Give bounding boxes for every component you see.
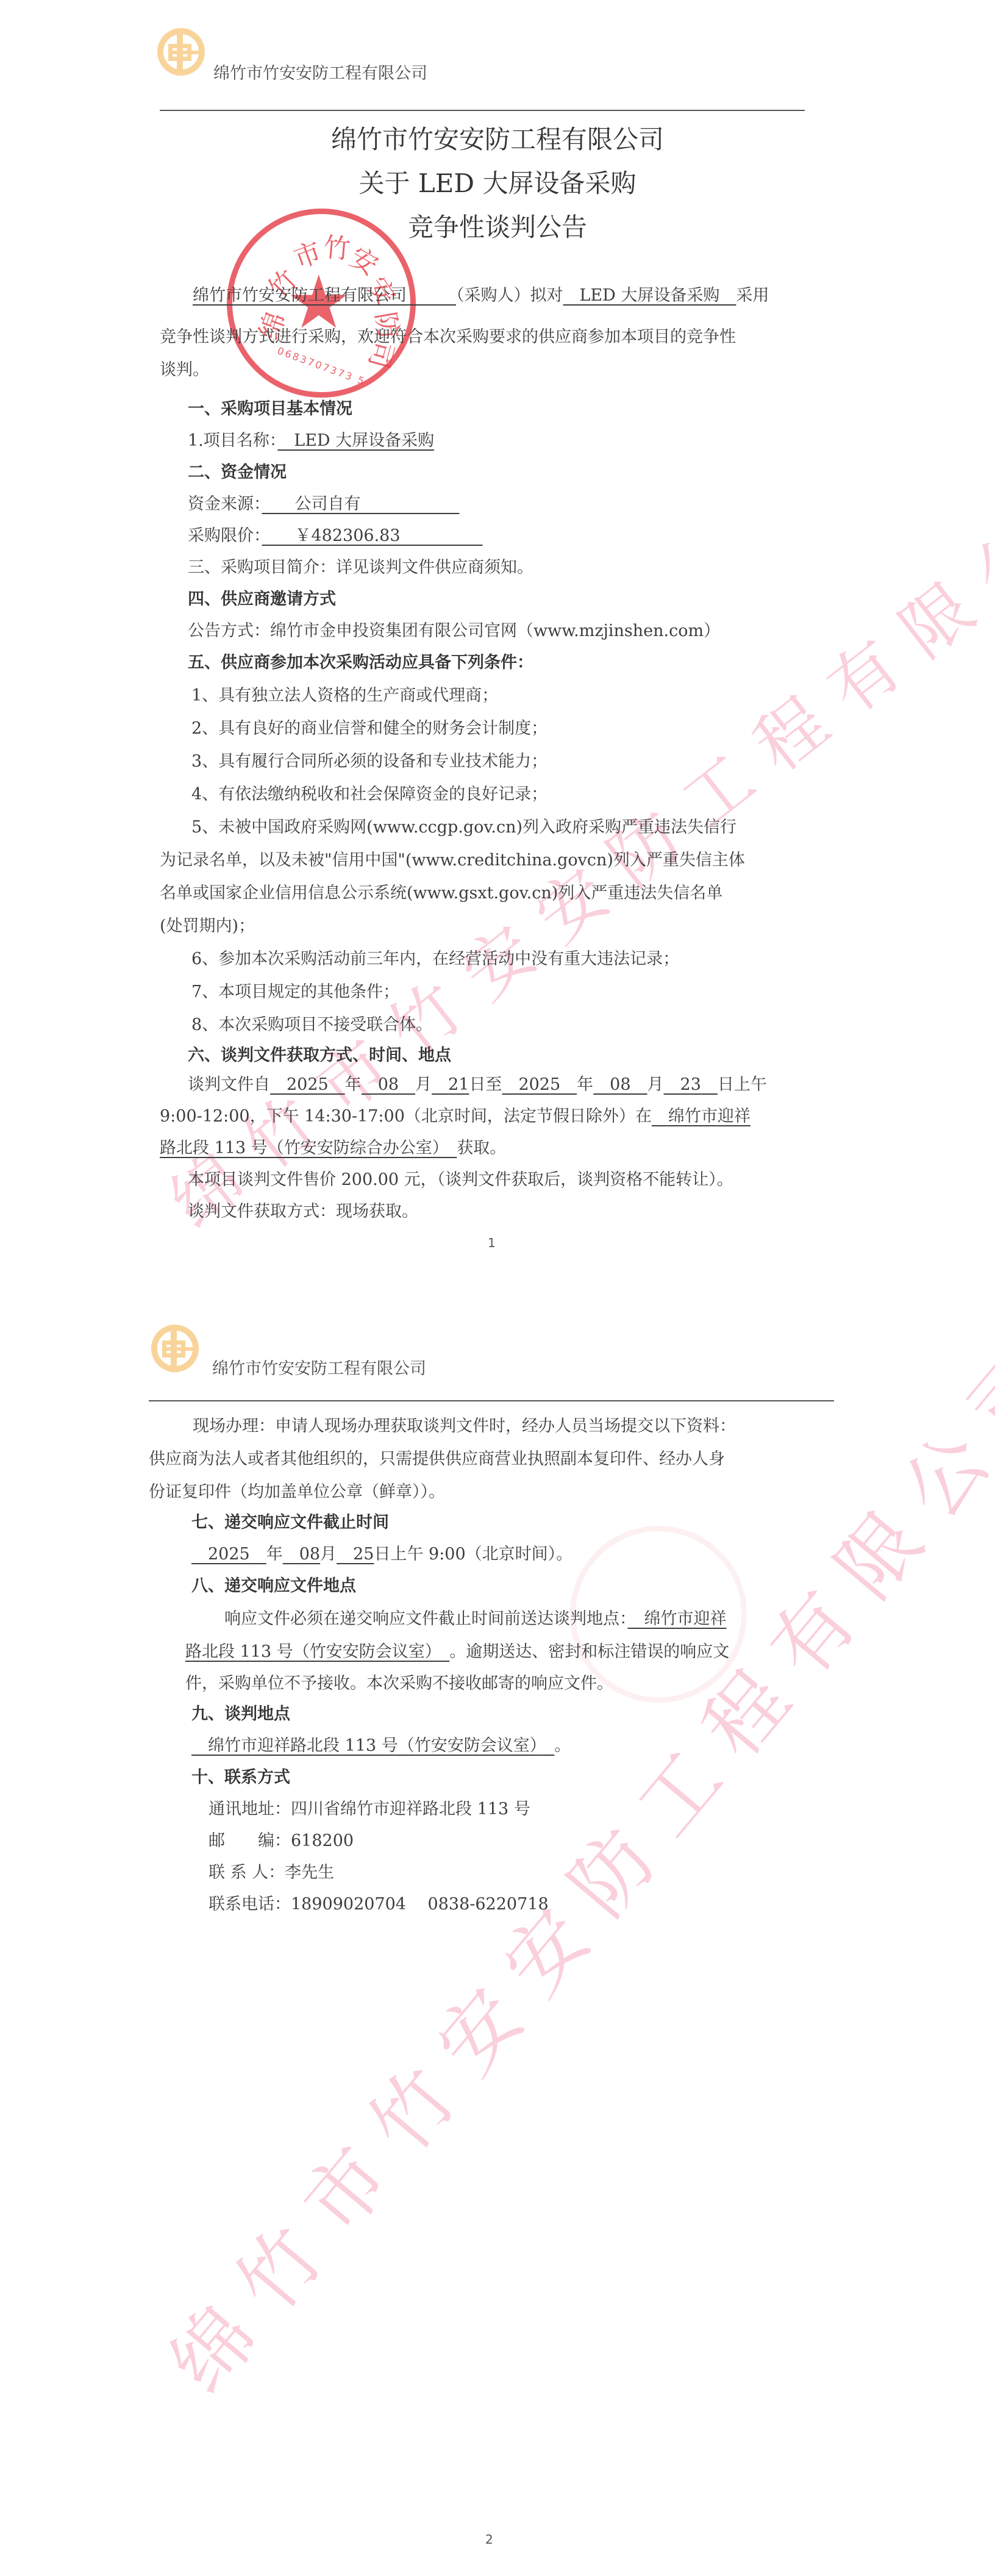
section-4-heading: 四、供应商邀请方式 [188, 585, 336, 609]
letterhead-company-name: 绵竹市竹安安防工程有限公司 [212, 1355, 426, 1379]
obtain-method: 谈判文件获取方式：现场获取。 [188, 1198, 418, 1222]
purchaser-name: 绵竹市竹安安防工程有限公司 [193, 286, 407, 305]
contact-address: 通讯地址：四川省绵竹市迎祥路北段 113 号 [209, 1795, 530, 1819]
contact-person: 联 系 人：李先生 [209, 1859, 334, 1883]
intro-line-1: 绵竹市竹安安防工程有限公司 （采购人）拟对 LED 大屏设备采购 采用 [193, 282, 769, 306]
section-6-heading: 六、谈判文件获取方式、时间、地点 [188, 1042, 451, 1065]
contact-postcode: 邮 编：618200 [209, 1827, 354, 1851]
page-2: 绵竹市竹安安防工程有限公司 绵竹市竹安安防工程有限公司 现场办理：申请人现场办理… [0, 1288, 995, 2576]
condition-item: 4、有依法缴纳税收和社会保障资金的良好记录； [191, 781, 547, 804]
letterhead-company-name: 绵竹市竹安安防工程有限公司 [213, 60, 427, 84]
condition-item: 8、本次采购项目不接受联合体。 [191, 1011, 432, 1035]
page-number: 1 [488, 1236, 496, 1250]
condition-item: 3、具有履行合同所必须的设备和专业技术能力； [191, 748, 547, 771]
submit-place-line-1: 响应文件必须在递交响应文件截止时间前送达谈判地点： 绵竹市迎祥 [224, 1605, 727, 1629]
obtain-place: 路北段 113 号（竹安安防综合办公室） 获取。 [160, 1134, 506, 1158]
seal-code: 0683707373 5 [276, 345, 367, 387]
onsite-line-2: 供应商为法人或者其他组织的，只需提供供应商营业执照副本复印件、经办人身 [149, 1445, 725, 1469]
letterhead-divider [160, 110, 805, 111]
negotiation-place: 绵竹市迎祥路北段 113 号（竹安安防会议室） 。 [191, 1732, 571, 1756]
company-logo-icon [157, 28, 205, 76]
section-7-heading: 七、递交响应文件截止时间 [191, 1509, 389, 1533]
doc-title-line-2: 关于 LED 大屏设备采购 [0, 163, 995, 200]
fund-source-field: 资金来源： 公司自有 [188, 490, 460, 514]
doc-title-line-1: 绵竹市竹安安防工程有限公司 [0, 120, 995, 156]
page-number: 2 [485, 2532, 493, 2547]
deadline: 2025 年 08月 25日上午 9:00（北京时间）。 [191, 1540, 572, 1564]
company-logo-icon [151, 1325, 199, 1372]
condition-item: 1、具有独立法人资格的生产商或代理商； [191, 682, 498, 706]
condition-item-cont: (处罚期内)； [160, 912, 255, 936]
project-name: LED 大屏设备采购 [580, 286, 720, 305]
intro-line-3: 谈判。 [160, 356, 209, 380]
page-1: 绵竹市竹安安防工程有限公司 绵竹市竹安安防工程有限公司 绵竹市竹安安防工程有限公… [0, 0, 995, 1288]
doc-title-line-3: 竞争性谈判公告 [0, 207, 995, 244]
section-5-heading: 五、供应商参加本次采购活动应具备下列条件： [188, 649, 533, 673]
condition-item-cont: 为记录名单，以及未被"信用中国"(www.creditchina.govcn)列… [160, 846, 745, 870]
section-8-heading: 八、递交响应文件地点 [191, 1572, 356, 1596]
contact-phone: 联系电话：18909020704 0838-6220718 [209, 1891, 549, 1914]
obtain-period: 谈判文件自 2025 年 08 月 21日至 2025 年 08 月 23 日上… [188, 1071, 767, 1095]
section-3-text: 三、采购项目简介：详见谈判文件供应商须知。 [188, 554, 533, 578]
condition-item: 5、未被中国政府采购网(www.ccgp.gov.cn)列入政府采购严重违法失信… [191, 814, 736, 837]
intro-line-2: 竞争性谈判方式进行采购，欢迎符合本次采购要求的供应商参加本项目的竞争性 [160, 323, 736, 347]
doc-price: 本项目谈判文件售价 200.00 元，（谈判文件获取后，谈判资格不能转让）。 [188, 1166, 733, 1190]
onsite-line-3: 份证复印件（均加盖单位公章（鲜章））。 [149, 1478, 445, 1502]
submit-place-line-3: 件，采购单位不予接收。本次采购不接收邮寄的响应文件。 [185, 1670, 613, 1694]
condition-item: 2、具有良好的商业信誉和健全的财务会计制度； [191, 715, 547, 739]
condition-item: 6、参加本次采购活动前三年内，在经营活动中没有重大违法记录； [191, 945, 679, 969]
project-name-field: 1.项目名称： LED 大屏设备采购 [188, 427, 434, 451]
onsite-line-1: 现场办理：申请人现场办理获取谈判文件时，经办人员当场提交以下资料： [193, 1412, 736, 1436]
letterhead-divider [149, 1400, 834, 1401]
submit-place-line-2: 路北段 113 号（竹安安防会议室） 。逾期送达、密封和标注错误的响应文 [185, 1638, 729, 1662]
announcement-method: 公告方式：绵竹市金申投资集团有限公司官网（www.mzjinshen.com） [188, 617, 720, 641]
condition-item-cont: 名单或国家企业信用信息公示系统(www.gsxt.gov.cn)列入严重违法失信… [160, 879, 722, 903]
section-2-heading: 二、资金情况 [188, 459, 287, 482]
obtain-hours: 9:00-12:00，下午 14:30-17:00（北京时间，法定节假日除外）在… [160, 1103, 751, 1126]
condition-item: 7、本项目规定的其他条件； [191, 978, 399, 1002]
section-10-heading: 十、联系方式 [191, 1764, 290, 1787]
price-limit-field: 采购限价： ￥482306.83 [188, 522, 483, 546]
section-1-heading: 一、采购项目基本情况 [188, 395, 352, 419]
section-9-heading: 九、谈判地点 [191, 1700, 290, 1724]
